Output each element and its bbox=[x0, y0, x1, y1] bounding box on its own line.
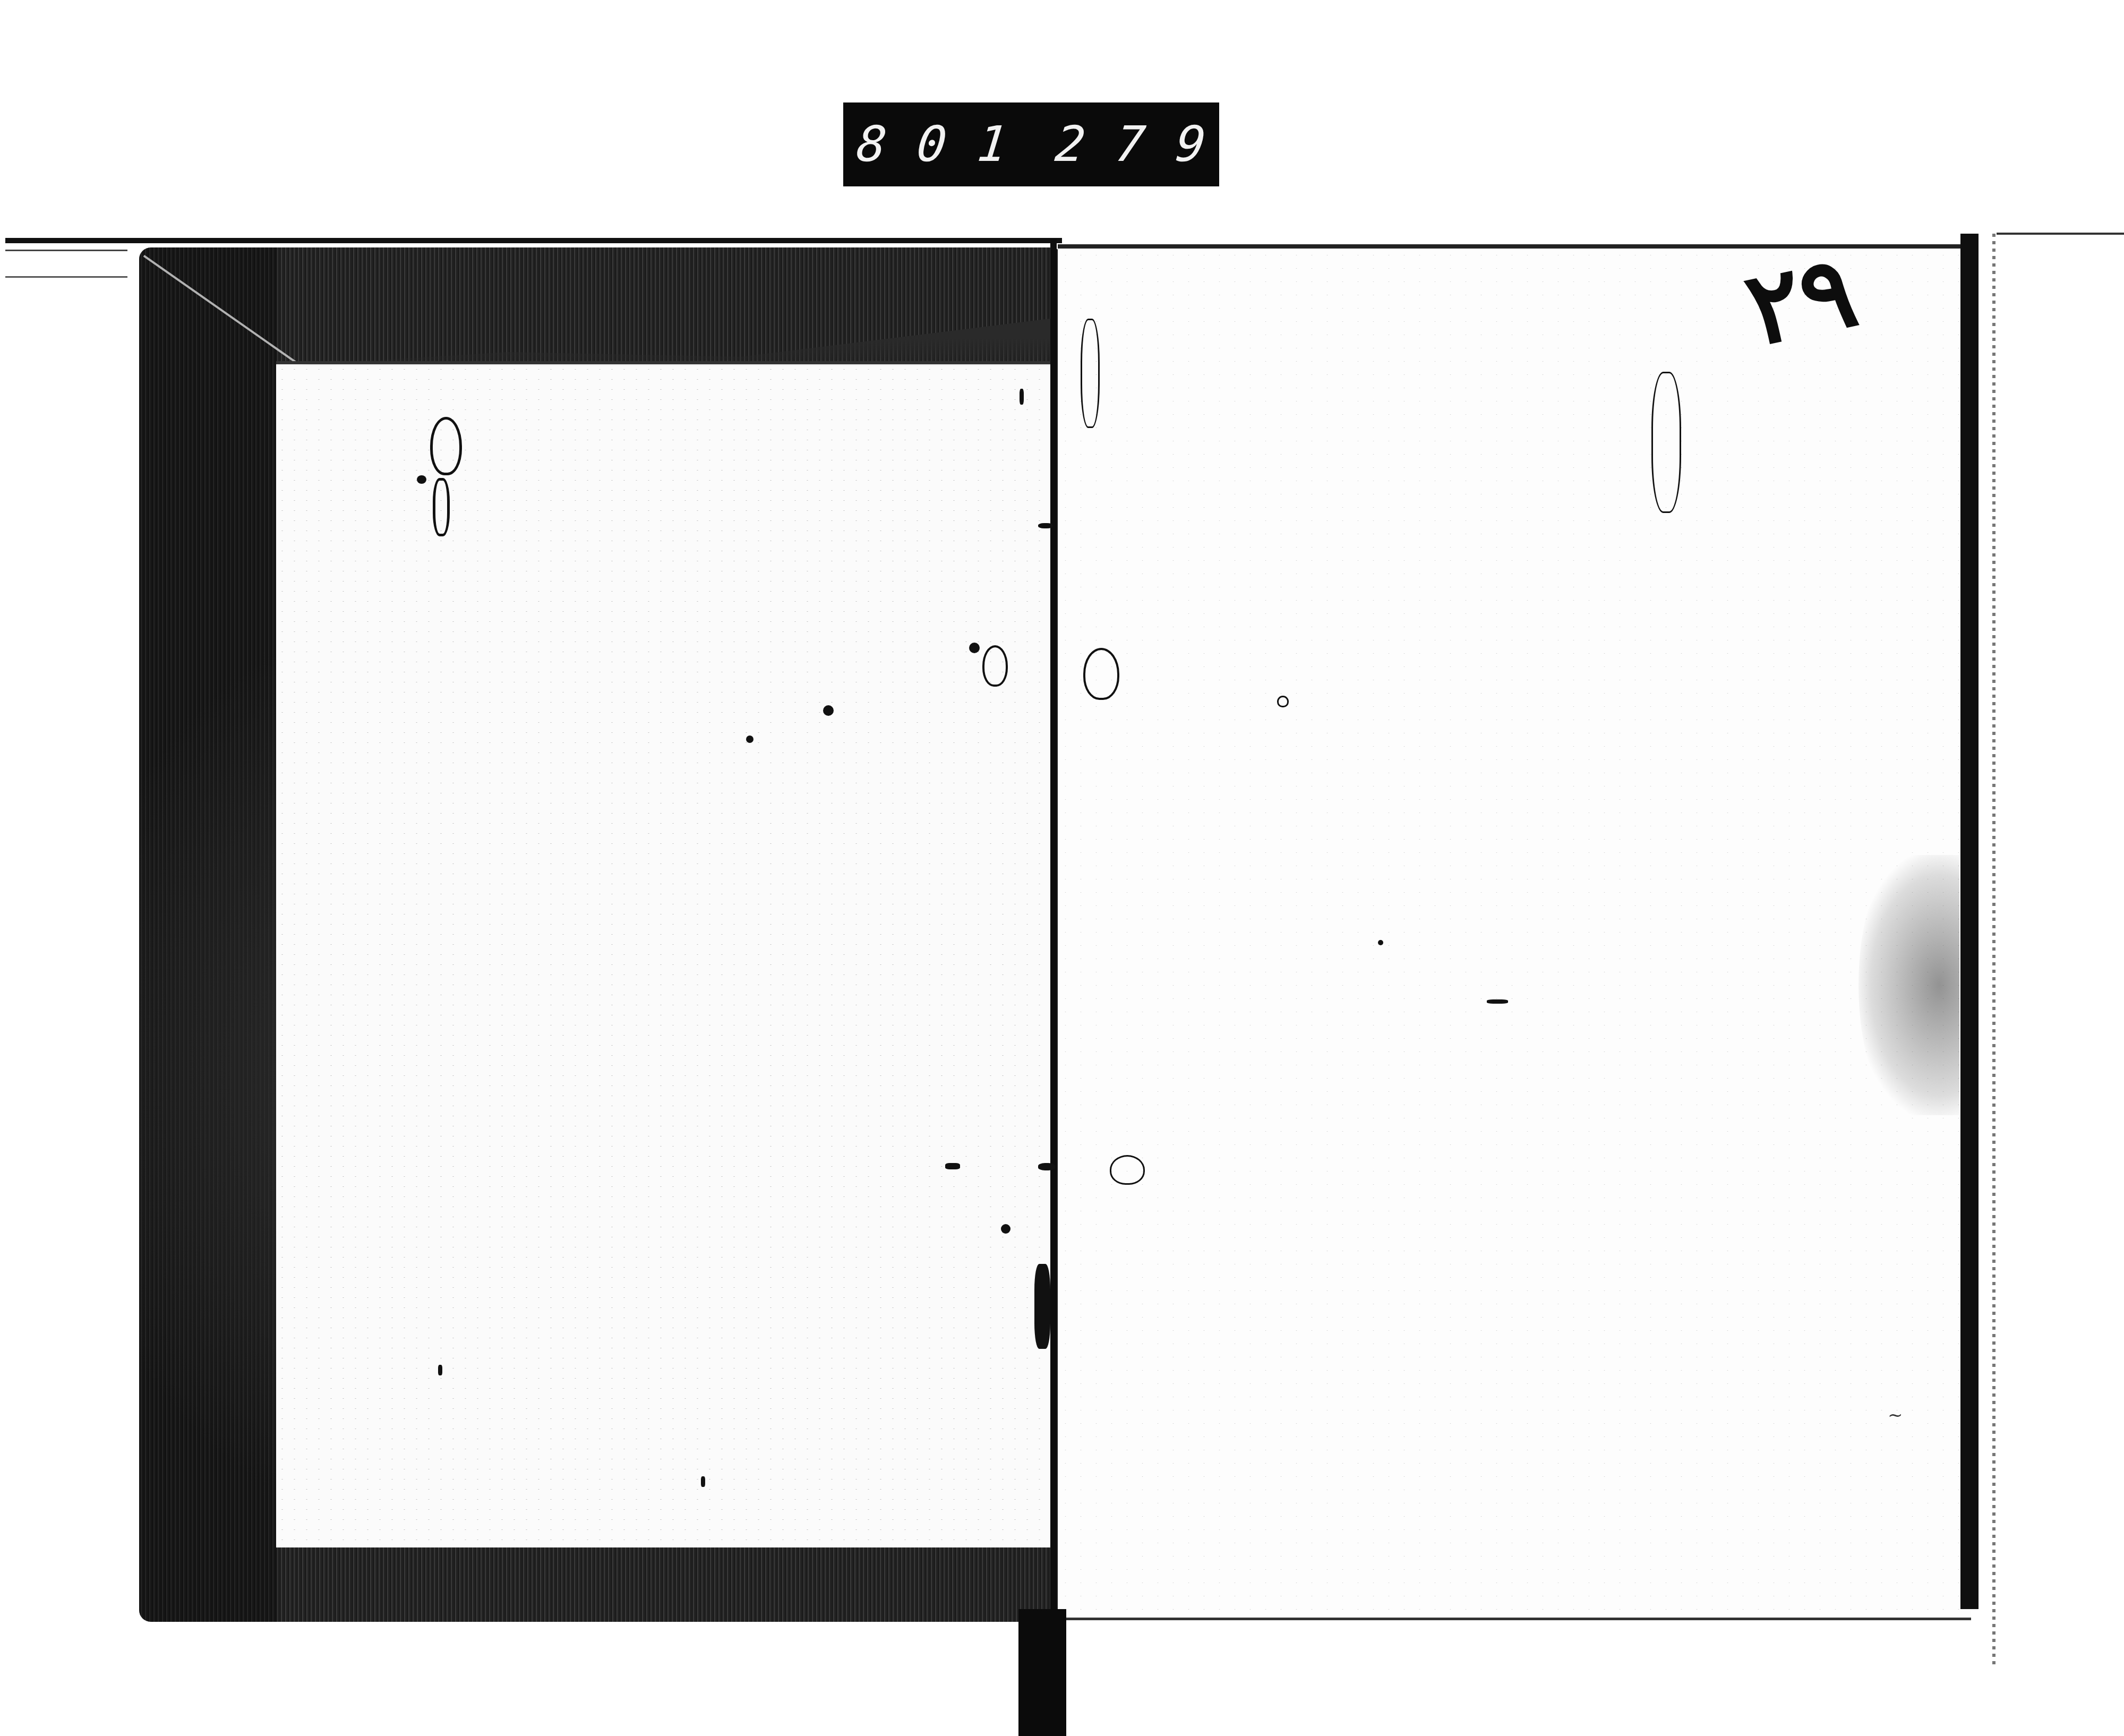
counter-digit: 9 bbox=[1174, 120, 1208, 169]
ink-spot bbox=[945, 1163, 960, 1169]
right-fore-edge bbox=[1960, 234, 1979, 1609]
reel-number: 8 0 1 bbox=[857, 120, 1007, 169]
counter-digit: 0 bbox=[915, 120, 949, 169]
right-scan-edge bbox=[1992, 234, 1995, 1667]
ink-spot bbox=[1001, 1224, 1010, 1234]
ink-spot bbox=[969, 643, 980, 653]
right-page bbox=[1058, 244, 1971, 1620]
ink-stain bbox=[1081, 319, 1100, 428]
ink-mark bbox=[1020, 389, 1024, 405]
scanner-top-rule bbox=[5, 238, 1062, 243]
counter-digit: 2 bbox=[1053, 120, 1087, 169]
faint-pencil-scribble: ~ bbox=[1888, 1405, 1903, 1426]
binding-thread bbox=[1038, 1163, 1055, 1170]
counter-digit: 8 bbox=[854, 120, 889, 169]
cover-shadow bbox=[139, 247, 277, 1622]
binding-thread bbox=[1034, 1264, 1050, 1349]
right-page-smudge bbox=[1858, 855, 1959, 1115]
ink-stain bbox=[1083, 648, 1119, 700]
scanner-guide-line bbox=[5, 276, 127, 278]
ink-mark bbox=[438, 1365, 442, 1375]
scanner-guide-line bbox=[5, 250, 127, 251]
ink-spot bbox=[1378, 940, 1383, 945]
ink-stain bbox=[433, 478, 450, 536]
ink-mark bbox=[701, 1476, 705, 1487]
counter-digit: 1 bbox=[975, 120, 1009, 169]
handwritten-folio-number: ٢٩ bbox=[1737, 240, 1864, 361]
ink-mark bbox=[1487, 999, 1508, 1004]
ink-stain bbox=[1110, 1155, 1145, 1185]
ink-spot bbox=[746, 736, 753, 743]
binding-thread bbox=[1038, 523, 1053, 528]
ink-spot bbox=[417, 475, 426, 484]
ink-stain bbox=[430, 417, 462, 475]
ink-stain bbox=[982, 645, 1008, 687]
ink-spot bbox=[1277, 696, 1289, 707]
frame-counter: 8 0 1 2 7 9 bbox=[843, 102, 1219, 186]
bookmark-ribbon bbox=[1018, 1609, 1066, 1736]
ink-spot bbox=[823, 705, 834, 716]
ink-stain bbox=[1651, 372, 1681, 513]
scanner-top-rule-right bbox=[1997, 233, 2124, 235]
book-gutter bbox=[1050, 239, 1057, 1620]
counter-digit: 7 bbox=[1113, 120, 1147, 169]
left-endpaper bbox=[276, 361, 1050, 1547]
frame-number: 2 7 9 bbox=[1056, 120, 1205, 169]
